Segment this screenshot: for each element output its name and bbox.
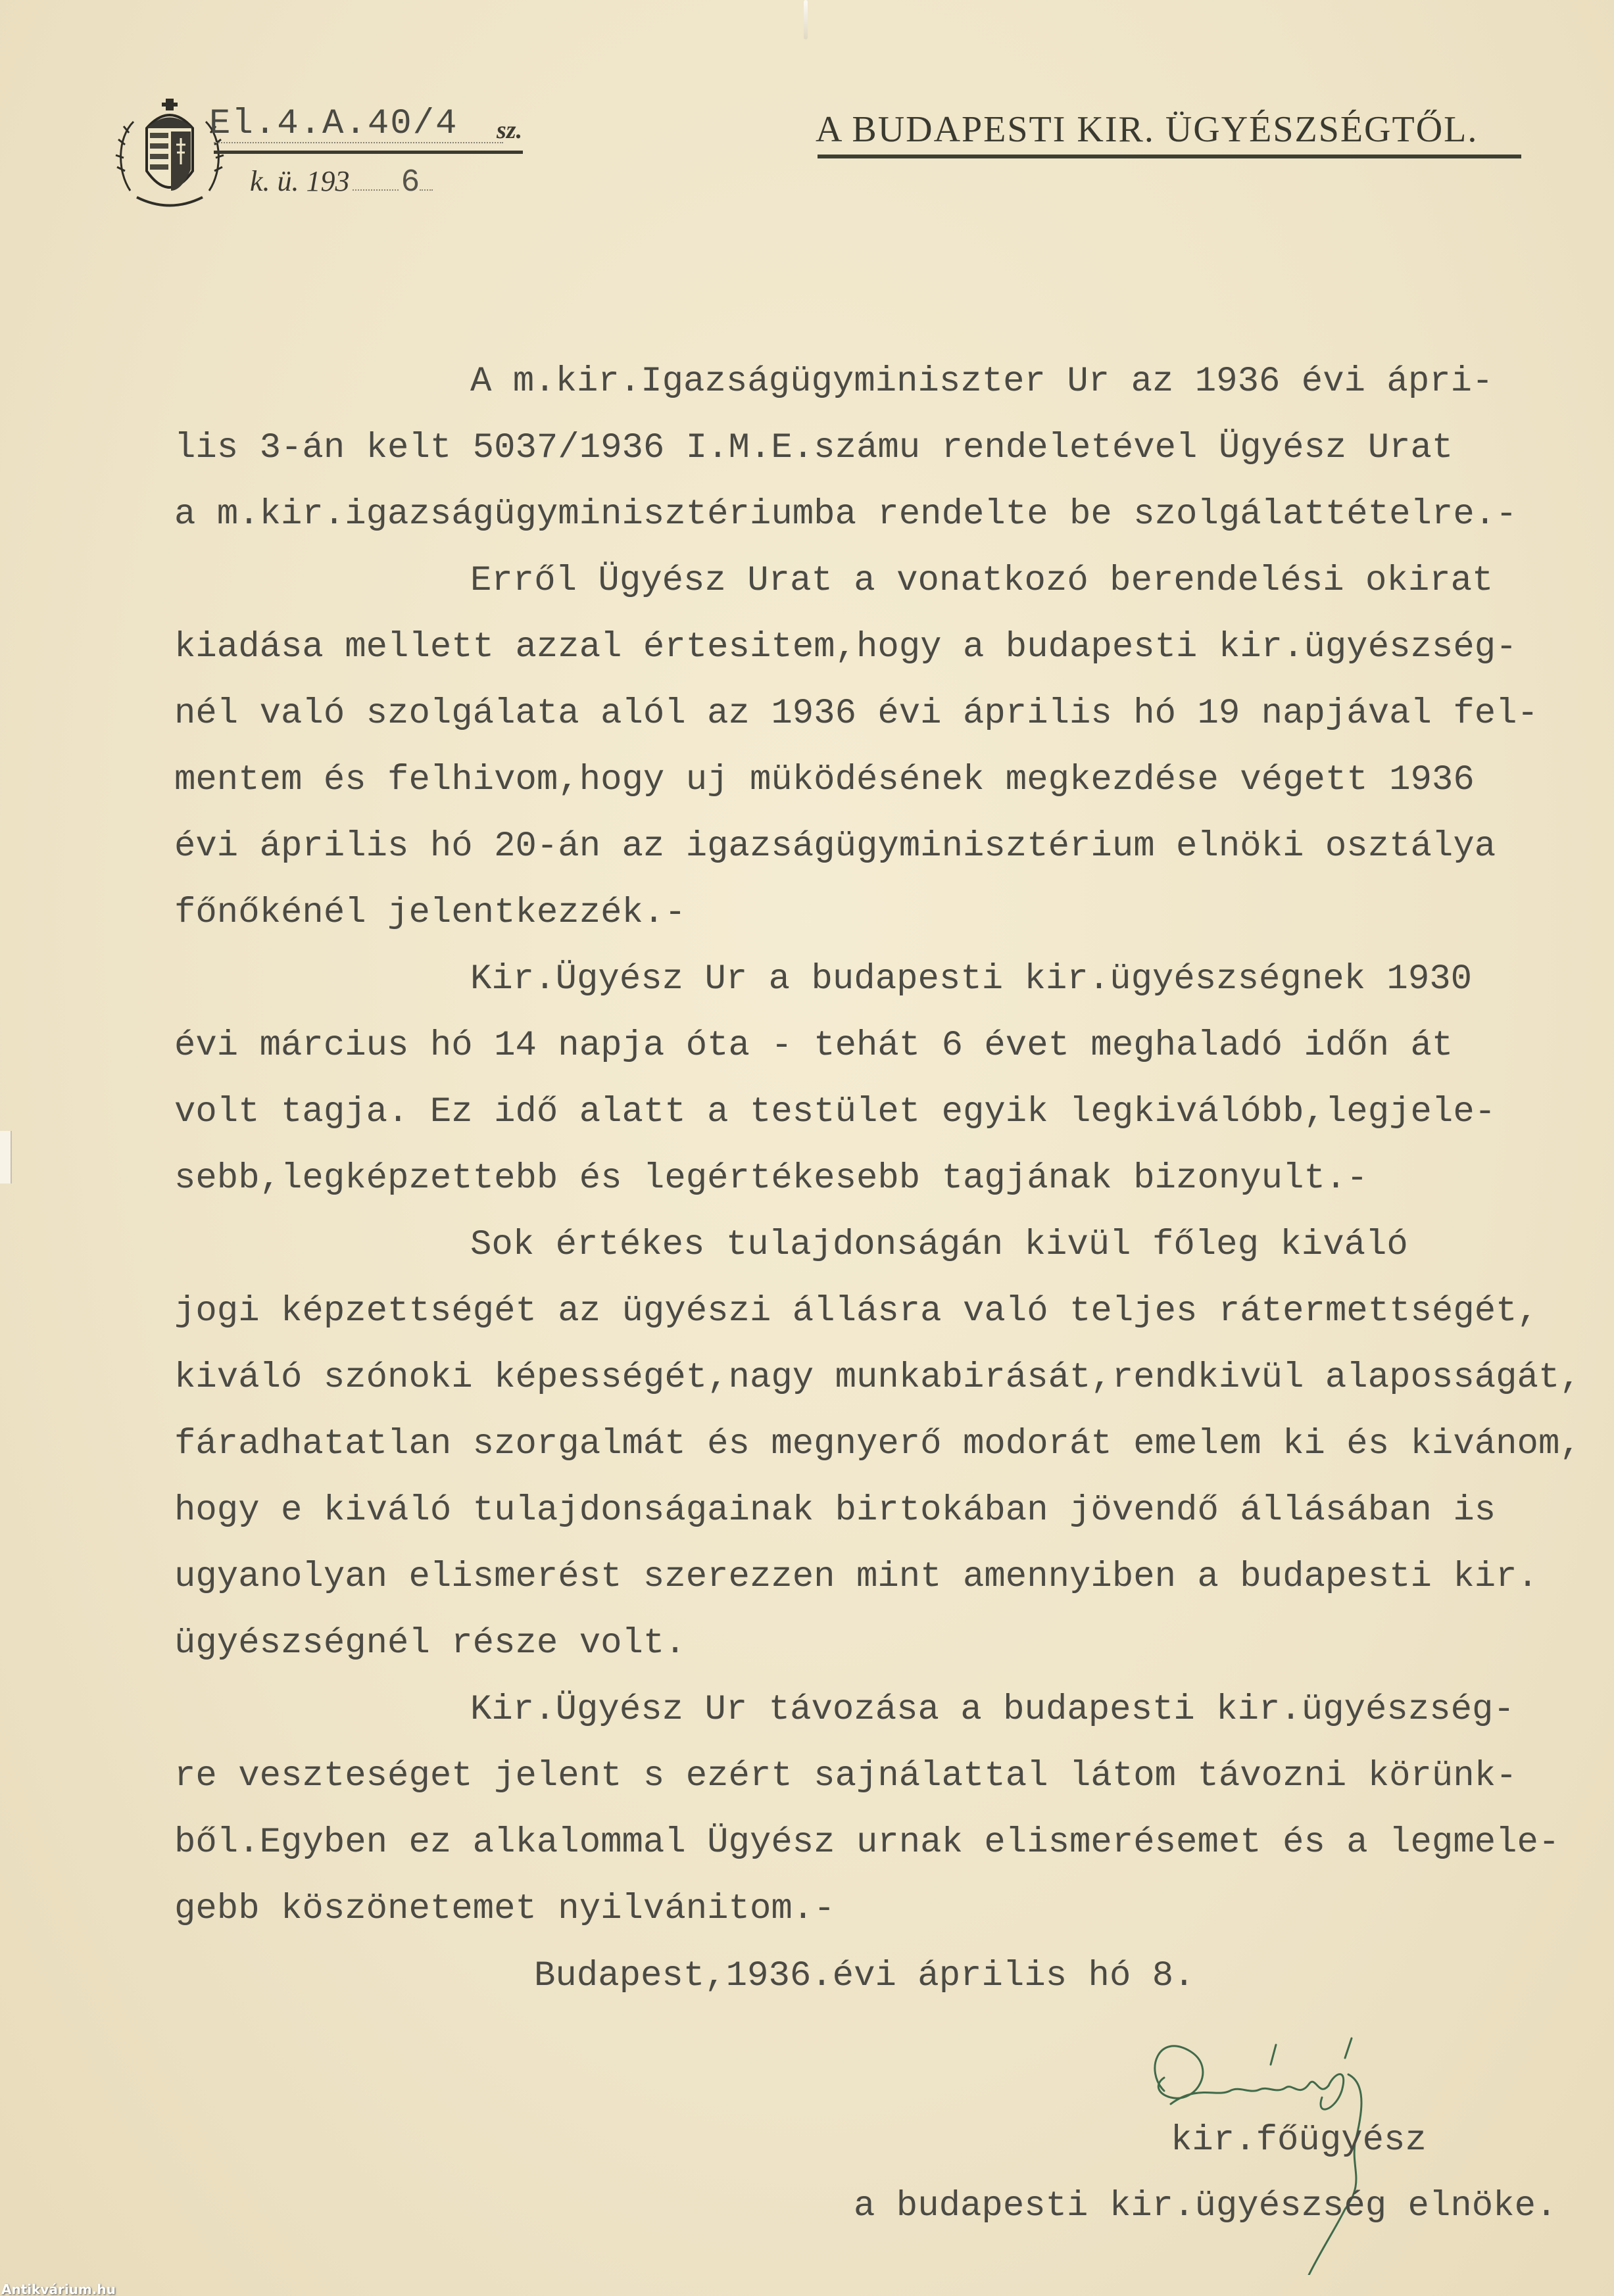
body-line: nél való szolgálata alól az 1936 évi ápr… [174, 681, 1575, 747]
reference-year: k. ü. 1936 [250, 164, 433, 201]
body-line: kiváló szónoki képességét,nagy munkabirá… [174, 1345, 1575, 1411]
body-line: Sok értékes tulajdonságán kivül főleg ki… [174, 1212, 1575, 1278]
body-line: Kir.Ügyész Ur távozása a budapesti kir.ü… [174, 1677, 1575, 1743]
body-line: Kir.Ügyész Ur a budapesti kir.ügyészségn… [174, 946, 1575, 1013]
reference-suffix: sz. [497, 116, 522, 145]
body-line: évi április hó 20-án az igazságügyminisz… [174, 813, 1575, 880]
letter-body: A m.kir.Igazságügyminiszter Ur az 1936 é… [174, 348, 1575, 1942]
paper-tear-left [0, 1131, 12, 1184]
reference-rule [214, 151, 523, 154]
body-line: kiadása mellett azzal értesitem,hogy a b… [174, 614, 1575, 681]
body-line: volt tagja. Ez idő alatt a testület egyi… [174, 1079, 1575, 1145]
body-line: jogi képzettségét az ügyészi állásra val… [174, 1278, 1575, 1345]
body-line: mentem és felhivom,hogy uj müködésének m… [174, 747, 1575, 813]
reference-number: El.4.A.40/4 [209, 104, 458, 144]
body-line: A m.kir.Igazságügyminiszter Ur az 1936 é… [174, 348, 1575, 415]
office-title: A BUDAPESTI KIR. ÜGYÉSZSÉGTŐL. [816, 108, 1478, 151]
year-dotted-line [353, 189, 399, 191]
dateline: Budapest,1936.évi április hó 8. [534, 1956, 1195, 1996]
body-line: főnőkénél jelentkezzék.- [174, 880, 1575, 946]
body-line: ből.Egyben ez alkalommal Ügyész urnak el… [174, 1809, 1575, 1876]
body-line: Erről Ügyész Urat a vonatkozó berendelés… [174, 548, 1575, 614]
reference-dotted-line [214, 142, 503, 143]
body-line: ugyanolyan elismerést szerezzen mint ame… [174, 1544, 1575, 1610]
body-line: lis 3-án kelt 5037/1936 I.M.E.számu rend… [174, 415, 1575, 481]
office-title-rule [818, 155, 1521, 158]
year-digit: 6 [401, 165, 420, 201]
body-line: gebb köszönetemet nyilvánitom.- [174, 1876, 1575, 1942]
watermark: Antikvárium.hu [1, 2282, 116, 2296]
body-line: re veszteséget jelent s ezért sajnálatta… [174, 1743, 1575, 1809]
signer-title: kir.főügyész [1171, 2120, 1427, 2161]
body-line: évi március hó 14 napja óta - tehát 6 év… [174, 1013, 1575, 1079]
signer-organization: a budapesti kir.ügyészség elnöke. [854, 2186, 1557, 2226]
year-prefix: k. ü. 193 [250, 165, 350, 197]
body-line: ügyészségnél része volt. [174, 1610, 1575, 1677]
body-line: sebb,legképzettebb és legértékesebb tagj… [174, 1145, 1575, 1212]
body-line: fáradhatatlan szorgalmát és megnyerő mod… [174, 1411, 1575, 1477]
year-dotted-line-end [420, 189, 433, 191]
body-line: a m.kir.igazságügyminisztériumba rendelt… [174, 481, 1575, 548]
body-line: hogy e kiváló tulajdonságainak birtokába… [174, 1477, 1575, 1544]
paper-tear-top [804, 0, 808, 39]
